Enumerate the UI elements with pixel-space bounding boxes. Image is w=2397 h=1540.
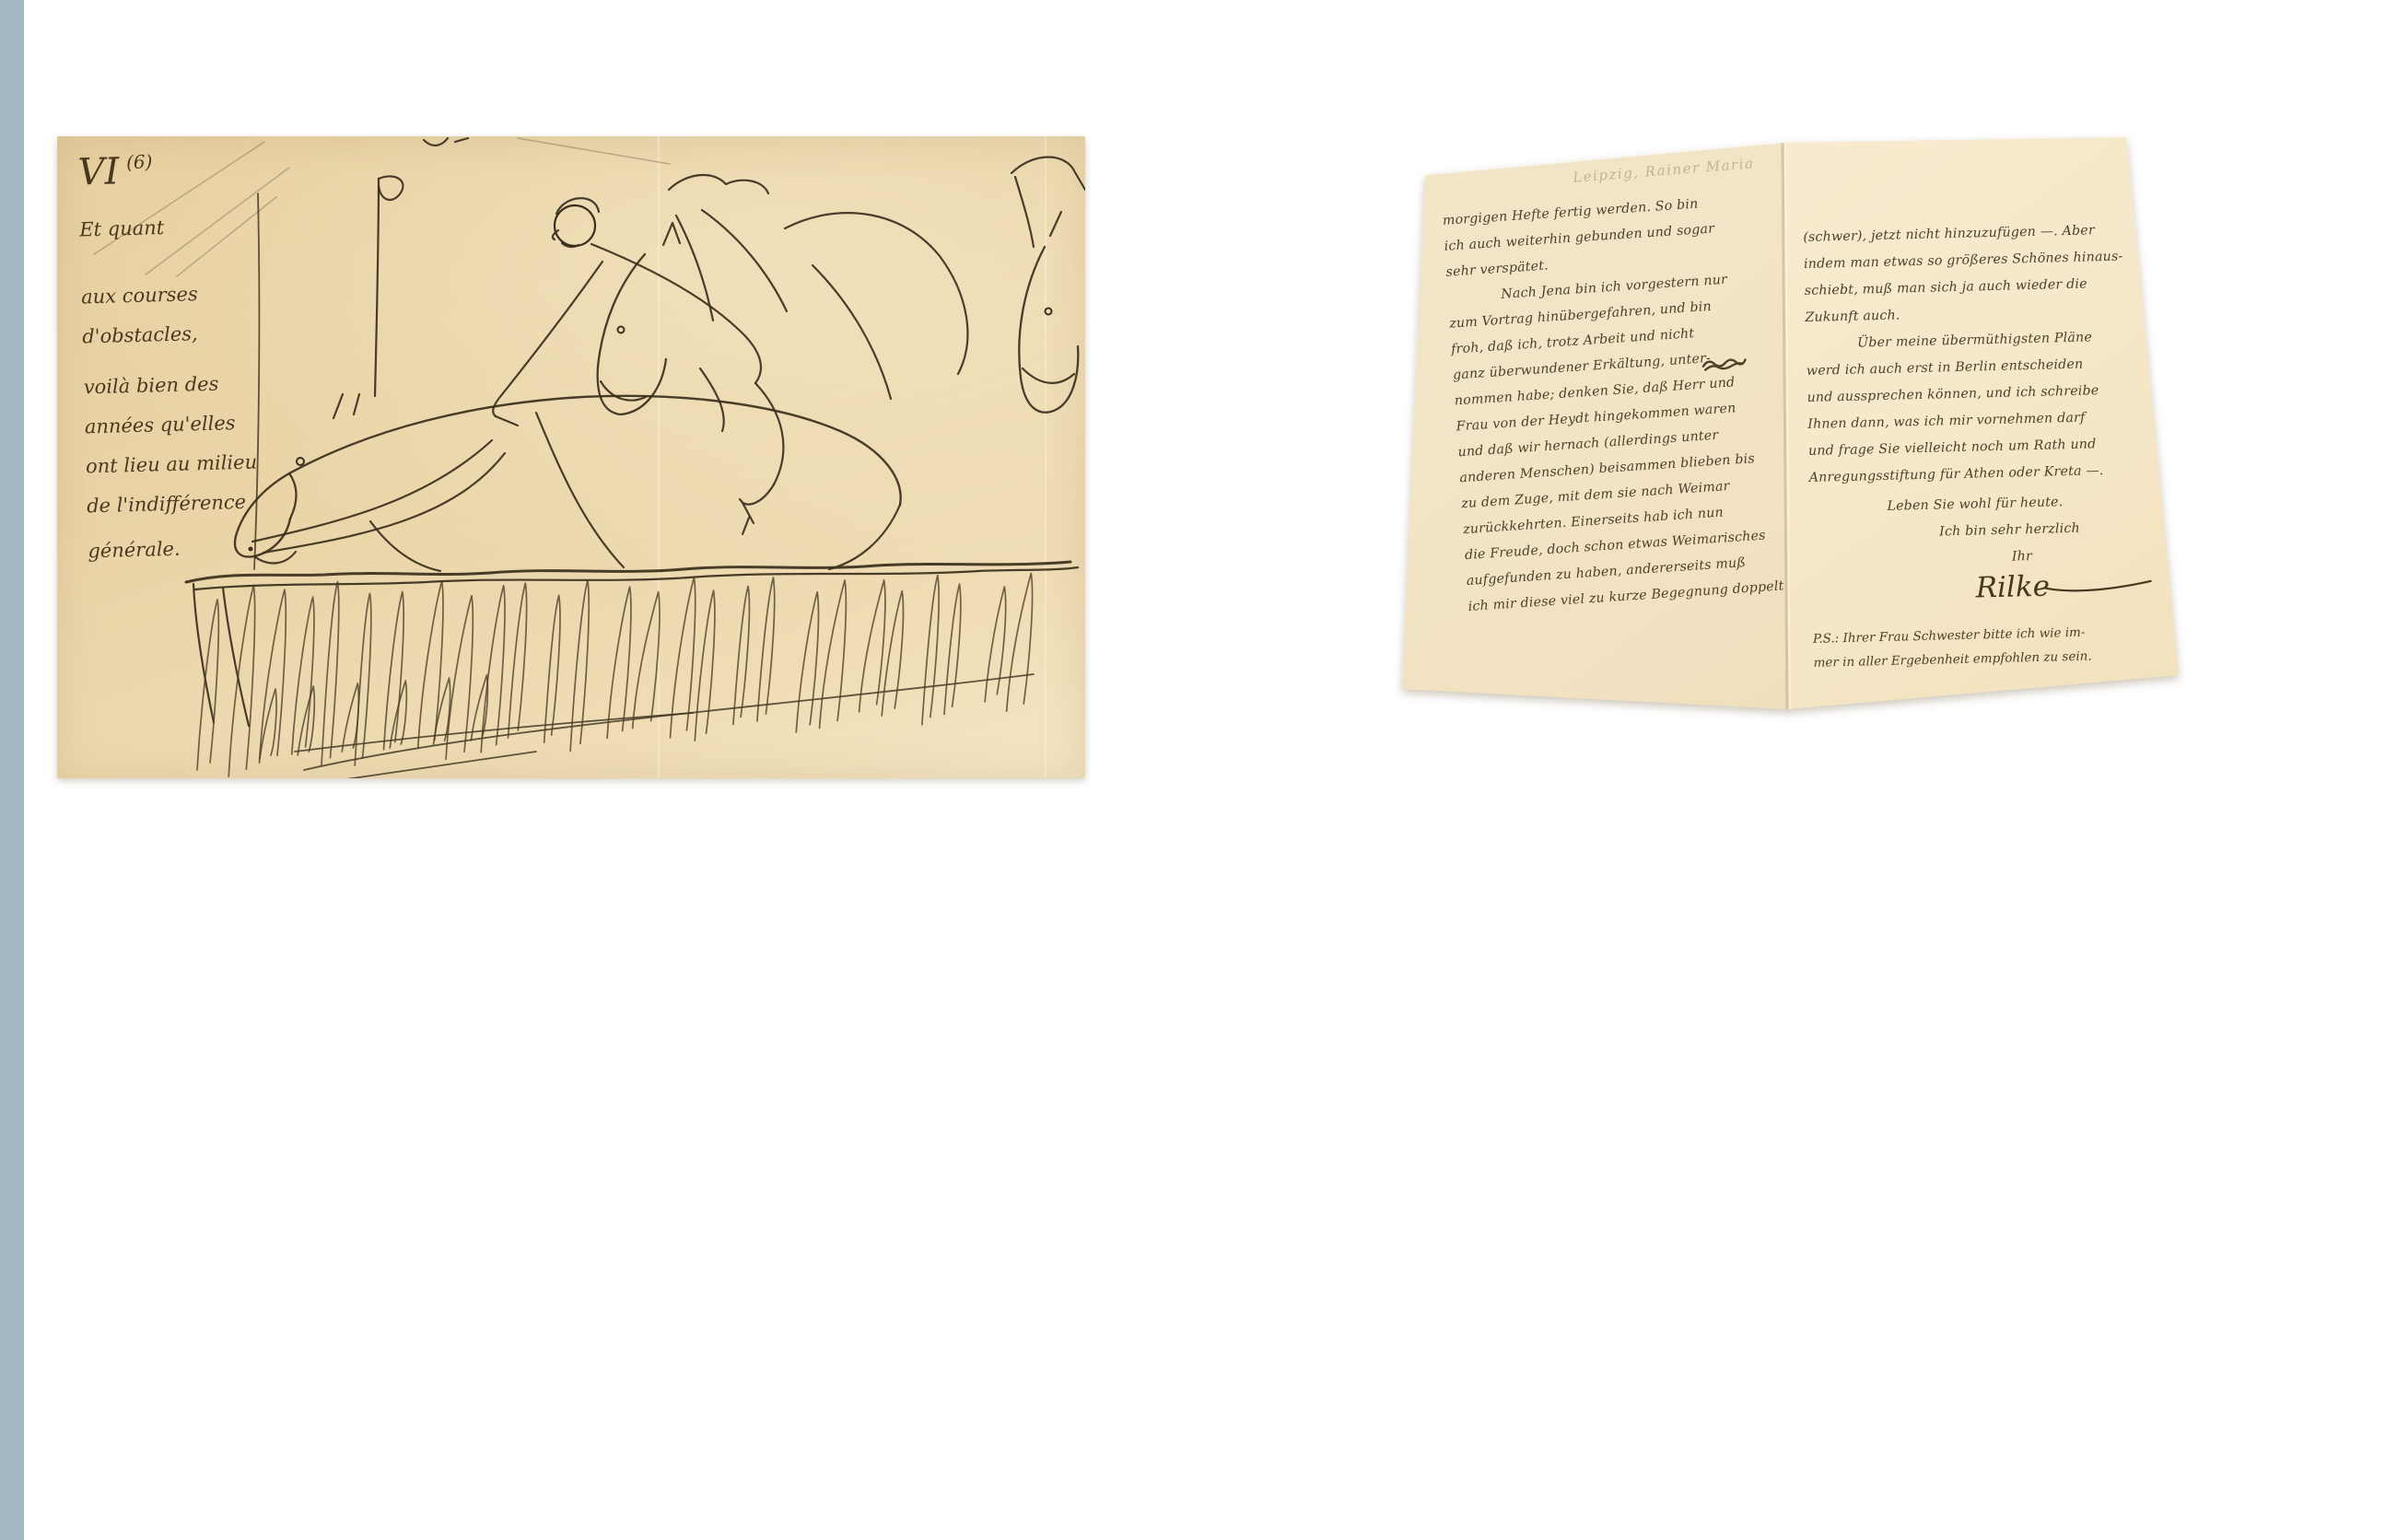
photo-backdrop: VI(6) Et quantaux coursesd'obstacles,voi… (0, 0, 2397, 1540)
sketch-caption-line: aux courses (81, 274, 253, 318)
sketch-caption-line: de l'indifférence (87, 483, 259, 527)
sketch-caption-line: Et quant (79, 206, 251, 251)
sketch-caption-line: d'obstacles, (82, 313, 254, 357)
hedge-hatching (197, 573, 1033, 776)
sketch-caption-line: voilà bien des (83, 364, 255, 408)
letter-left-page-text: morgigen Hefte fertig werden. So binich … (1442, 186, 1807, 620)
sketch-document: VI(6) Et quantaux coursesd'obstacles,voi… (57, 136, 1085, 778)
sketch-title: VI(6) (77, 147, 250, 194)
letter-right-page-text: (schwer), jetzt nicht hinzuzufügen —. Ab… (1803, 216, 2184, 675)
signature-row: Rilke (1811, 566, 2182, 620)
ink-strikeout (1701, 354, 1752, 379)
signature-flourish (2044, 577, 2155, 596)
sketch-caption: VI(6) Et quantaux coursesd'obstacles,voi… (77, 147, 260, 572)
left-border-strip (0, 0, 24, 1540)
sketch-caption-line: années qu'elles (84, 403, 256, 448)
hedge-jump (186, 562, 1078, 778)
sketch-numeral: VI (77, 150, 120, 193)
sketch-caption-line: ont lieu au milieu (85, 443, 257, 487)
signature-rilke: Rilke (1975, 570, 2050, 605)
horse-and-jockey (235, 198, 901, 571)
letter-document: Leipzig, Rainer Maria morgigen Hefte fer… (1386, 129, 2197, 728)
sketch-number-annotation: (6) (126, 150, 153, 173)
horses-heads-group (598, 157, 1085, 414)
postscript: P.S.: Ihrer Frau Schwester bitte ich wie… (1813, 618, 2184, 675)
sketch-caption-line: générale. (88, 528, 260, 572)
